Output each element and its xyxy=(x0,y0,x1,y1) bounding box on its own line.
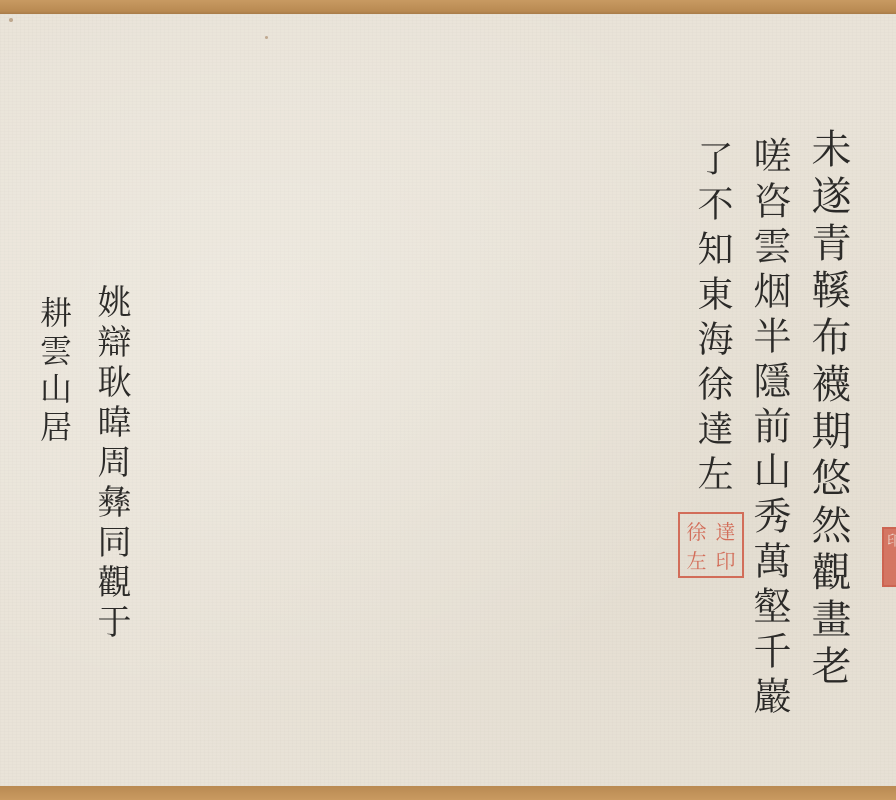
paper-spot xyxy=(9,18,13,22)
seal-stamp-icon: 徐 達 左 印 xyxy=(678,512,744,578)
right-inscription-column-1: 未遂青鞵布襪期悠然觀畫老 xyxy=(808,128,848,692)
seal-char: 印 xyxy=(883,533,896,547)
mount-border-top xyxy=(0,0,896,14)
edge-seal-stamp-icon: 印 xyxy=(882,527,896,587)
mount-border-bottom xyxy=(0,786,896,800)
left-inscription-column-1: 姚辯耿暐周彝同觀于 xyxy=(94,284,128,644)
seal-char: 徐 xyxy=(687,516,707,545)
seal-char: 印 xyxy=(716,545,736,574)
paper-spot xyxy=(265,36,268,39)
left-inscription-column-2: 耕雲山居 xyxy=(38,296,70,448)
right-inscription-column-2: 嗟咨雲烟半隱前山秀萬壑千巖 xyxy=(750,136,788,721)
right-inscription-column-3: 了不知東海徐達左 xyxy=(694,140,730,500)
seal-char: 達 xyxy=(716,516,736,545)
seal-char: 左 xyxy=(687,545,707,574)
